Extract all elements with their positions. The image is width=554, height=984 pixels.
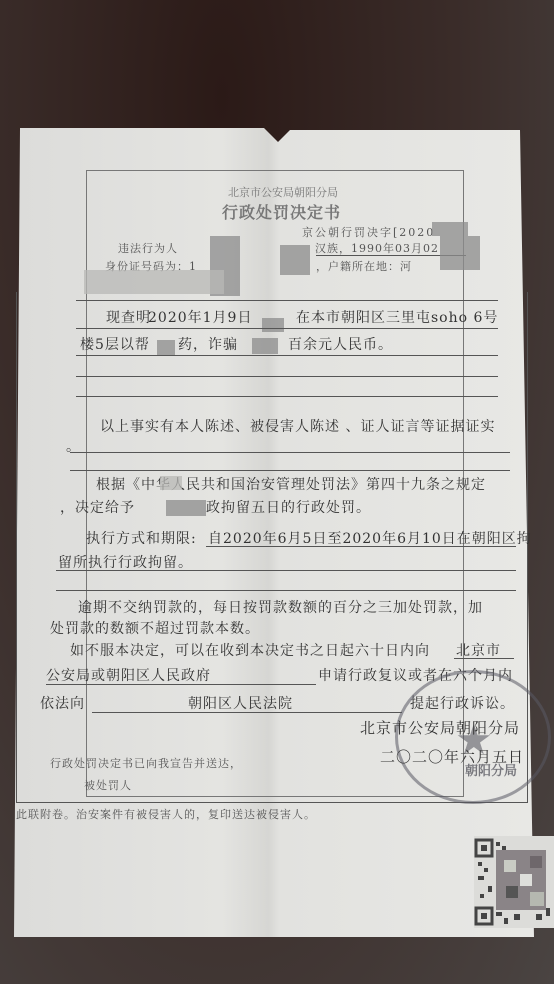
facts-date: 2020年1月9日 bbox=[148, 307, 252, 327]
redaction bbox=[160, 476, 182, 490]
redaction bbox=[252, 338, 278, 354]
evidence-line2: 。 bbox=[66, 436, 81, 456]
household-label: ，户籍所在地：河 bbox=[316, 258, 412, 274]
appeal-line3-prefix: 依法向 bbox=[40, 693, 85, 713]
offender-label: 违法行为人 bbox=[118, 240, 178, 256]
facts-place: 在本市朝阳区三里屯soho 6号 bbox=[296, 307, 498, 327]
rule-line bbox=[76, 396, 498, 397]
rule-line bbox=[76, 328, 498, 329]
rule-line bbox=[92, 712, 402, 713]
rule-line bbox=[70, 452, 510, 453]
execution-value1: 自2020年6月5日至2020年6月10日在朝阳区拘 bbox=[208, 528, 532, 548]
rule-line bbox=[454, 658, 514, 659]
basis-line2a: ，决定给予 bbox=[60, 497, 135, 517]
appeal-line2-fill: 公安局或朝阳区人民政府 bbox=[46, 665, 211, 685]
qr-code-icon bbox=[474, 836, 554, 928]
ethnicity-birth: 汉族，1990年03月02 bbox=[315, 240, 439, 256]
facts-line2a: 楼5层以帮 bbox=[80, 334, 150, 354]
facts-line2b: 药，诈骗 bbox=[178, 334, 238, 354]
facts-prefix: 现查明 bbox=[106, 307, 151, 327]
facts-line2c: 百余元人民币。 bbox=[288, 334, 393, 354]
appeal-line1-fill: 北京市 bbox=[456, 640, 501, 660]
evidence-line1: 以上事实有本人陈述、被侵害人陈述 、证人证言等证据证实 bbox=[100, 416, 495, 436]
rule-line bbox=[70, 470, 510, 471]
rule-line bbox=[206, 546, 516, 547]
basis-line1: 根据《中华人民共和国治安管理处罚法》第四十九条之规定 bbox=[96, 474, 486, 494]
appeal-line1: 如不服本决定，可以在收到本决定书之日起六十日内向 bbox=[70, 640, 430, 660]
rule-line bbox=[56, 570, 516, 571]
redaction bbox=[84, 270, 224, 294]
rule-line bbox=[56, 590, 516, 591]
rule-line bbox=[76, 300, 498, 301]
signature-date: 二〇二〇年六月五日 bbox=[380, 746, 524, 767]
execution-value2: 留所执行行政拘留。 bbox=[58, 552, 193, 572]
rule-line bbox=[46, 684, 316, 685]
fine-notice-line1: 逾期不交纳罚款的，每日按罚款数额的百分之三加处罚款，加 bbox=[78, 597, 483, 617]
redaction bbox=[280, 245, 310, 275]
redaction bbox=[157, 340, 175, 356]
agency-header: 北京市公安局朝阳分局 bbox=[228, 184, 338, 200]
footer-note: 此联附卷。治安案件有被侵害人的，复印送达被侵害人。 bbox=[16, 806, 316, 822]
appeal-line3-fill: 朝阳区人民法院 bbox=[188, 693, 293, 713]
document-number: 京公朝行罚决字[2020 bbox=[302, 224, 435, 240]
signature-agency: 北京市公安局朝阳分局 bbox=[360, 717, 520, 738]
redaction bbox=[432, 222, 468, 236]
redaction bbox=[440, 236, 480, 270]
receipt-line2: 被处罚人 bbox=[84, 777, 132, 793]
rule-line bbox=[76, 376, 498, 377]
execution-label: 执行方式和期限: bbox=[86, 528, 197, 548]
redaction bbox=[166, 500, 206, 516]
fine-notice-line2: 处罚款的数额不超过罚款本数。 bbox=[50, 618, 260, 638]
document-title: 行政处罚决定书 bbox=[222, 200, 341, 223]
rule-line bbox=[76, 355, 498, 356]
redaction bbox=[262, 318, 284, 332]
receipt-line1: 行政处罚决定书已向我宣告并送达， bbox=[50, 755, 242, 771]
basis-line2b: 政拘留五日的行政处罚。 bbox=[206, 497, 371, 517]
